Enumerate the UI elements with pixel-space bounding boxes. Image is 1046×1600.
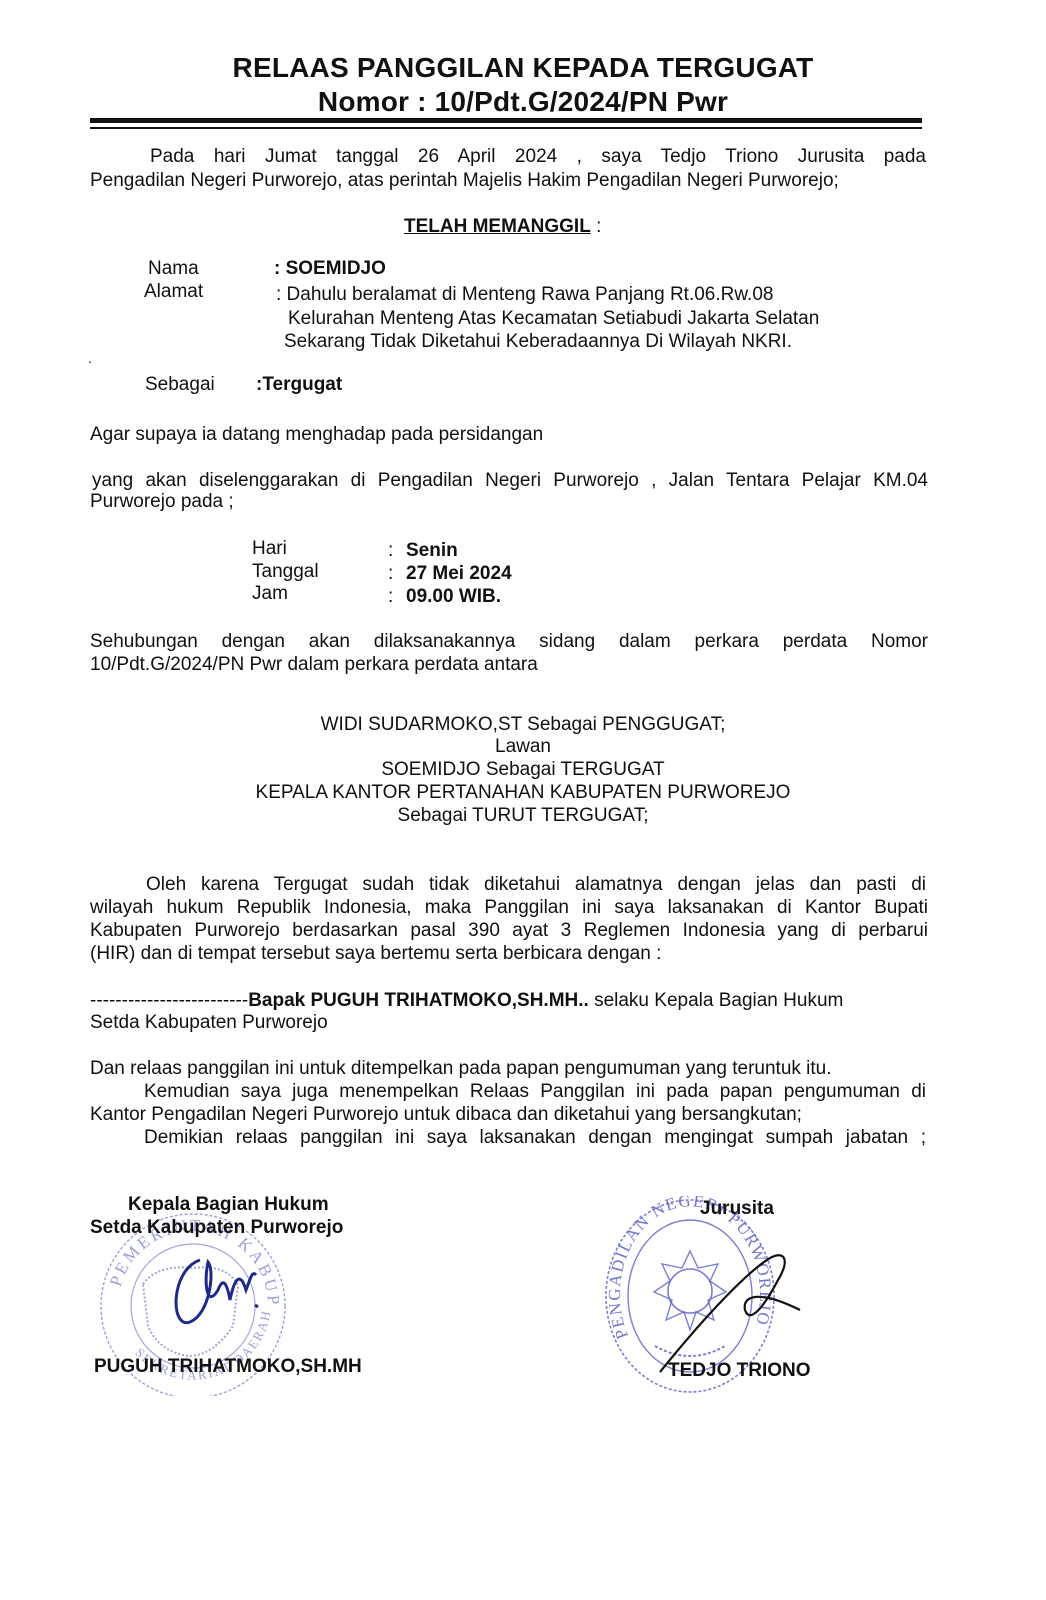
purpose-line-1: Agar supaya ia datang menghadap pada per…: [90, 424, 543, 446]
address-line-3: Sekarang Tidak Diketahui Keberadaannya D…: [284, 331, 792, 353]
name-label: Nama: [148, 258, 199, 280]
party-plaintiff: WIDI SUDARMOKO,ST Sebagai PENGGUGAT;: [0, 714, 1046, 736]
right-signatory-title: Jurusita: [700, 1198, 774, 1220]
reason-line-4: (HIR) dan di tempat tersebut saya bertem…: [90, 943, 661, 965]
address-line-1: : Dahulu beralamat di Menteng Rawa Panja…: [276, 284, 773, 306]
address-label: Alamat: [144, 281, 203, 303]
schedule-time-label: Jam: [252, 583, 288, 605]
party-versus: Lawan: [0, 736, 1046, 758]
intro-line-1: Pada hari Jumat tanggal 26 April 2024 , …: [150, 146, 926, 168]
closing-line-1: Dan relaas panggilan ini untuk ditempelk…: [90, 1058, 832, 1080]
intro-line-2: Pengadilan Negeri Purworejo, atas perint…: [90, 170, 839, 192]
reason-line-3: Kabupaten Purworejo berdasarkan pasal 39…: [90, 920, 928, 942]
schedule-time-value: 09.00 WIB.: [406, 586, 501, 608]
header-rule-thick: [90, 118, 922, 123]
signature-left-icon: [160, 1250, 280, 1340]
address-line-2: Kelurahan Menteng Atas Kecamatan Setiabu…: [288, 308, 819, 330]
case-line-2: 10/Pdt.G/2024/PN Pwr dalam perkara perda…: [90, 654, 538, 676]
schedule-day-label: Hari: [252, 538, 287, 560]
purpose-line-3: Purworejo pada ;: [90, 491, 234, 513]
left-signatory-title-1: Kepala Bagian Hukum: [128, 1194, 329, 1216]
met-line-2: Setda Kabupaten Purworejo: [90, 1012, 328, 1034]
party-defendant: SOEMIDJO Sebagai TERGUGAT: [0, 759, 1046, 781]
closing-line-4: Demikian relaas panggilan ini saya laksa…: [144, 1127, 926, 1149]
schedule-time-colon: :: [388, 586, 393, 608]
purpose-line-2: yang akan diselenggarakan di Pengadilan …: [92, 470, 928, 492]
stray-dot: .: [88, 350, 92, 366]
closing-line-3: Kantor Pengadilan Negeri Purworejo untuk…: [90, 1104, 802, 1126]
schedule-day-colon: :: [388, 540, 393, 562]
party-codefendant: KEPALA KANTOR PERTANAHAN KABUPATEN PURWO…: [0, 782, 1046, 804]
party-codefendant-role: Sebagai TURUT TERGUGAT;: [0, 805, 1046, 827]
document-number: Nomor : 10/Pdt.G/2024/PN Pwr: [0, 86, 1046, 118]
schedule-date-colon: :: [388, 563, 393, 585]
closing-line-2: Kemudian saya juga menempelkan Relaas Pa…: [144, 1081, 926, 1103]
header-rule-thin: [90, 127, 922, 129]
summoned-heading: TELAH MEMANGGIL :: [404, 216, 601, 238]
case-line-1: Sehubungan dengan akan dilaksanakannya s…: [90, 631, 928, 653]
reason-line-2: wilayah hukum Republik Indonesia, maka P…: [90, 897, 928, 919]
right-signatory-name: TEDJO TRIONO: [668, 1360, 811, 1382]
document-page: RELAAS PANGGILAN KEPADA TERGUGAT Nomor :…: [0, 0, 1046, 1600]
schedule-date-label: Tanggal: [252, 561, 319, 583]
role-value: :Tergugat: [256, 374, 342, 396]
left-signatory-title-2: Setda Kabupaten Purworejo: [90, 1217, 343, 1239]
schedule-date-value: 27 Mei 2024: [406, 563, 512, 585]
left-signatory-name: PUGUH TRIHATMOKO,SH.MH: [94, 1356, 362, 1378]
role-label: Sebagai: [145, 374, 215, 396]
name-value: : SOEMIDJO: [274, 258, 386, 280]
met-line-1: -------------------------Bapak PUGUH TRI…: [90, 990, 843, 1012]
schedule-day-value: Senin: [406, 540, 458, 562]
reason-line-1: Oleh karena Tergugat sudah tidak diketah…: [146, 874, 926, 896]
document-title: RELAAS PANGGILAN KEPADA TERGUGAT: [0, 52, 1046, 84]
